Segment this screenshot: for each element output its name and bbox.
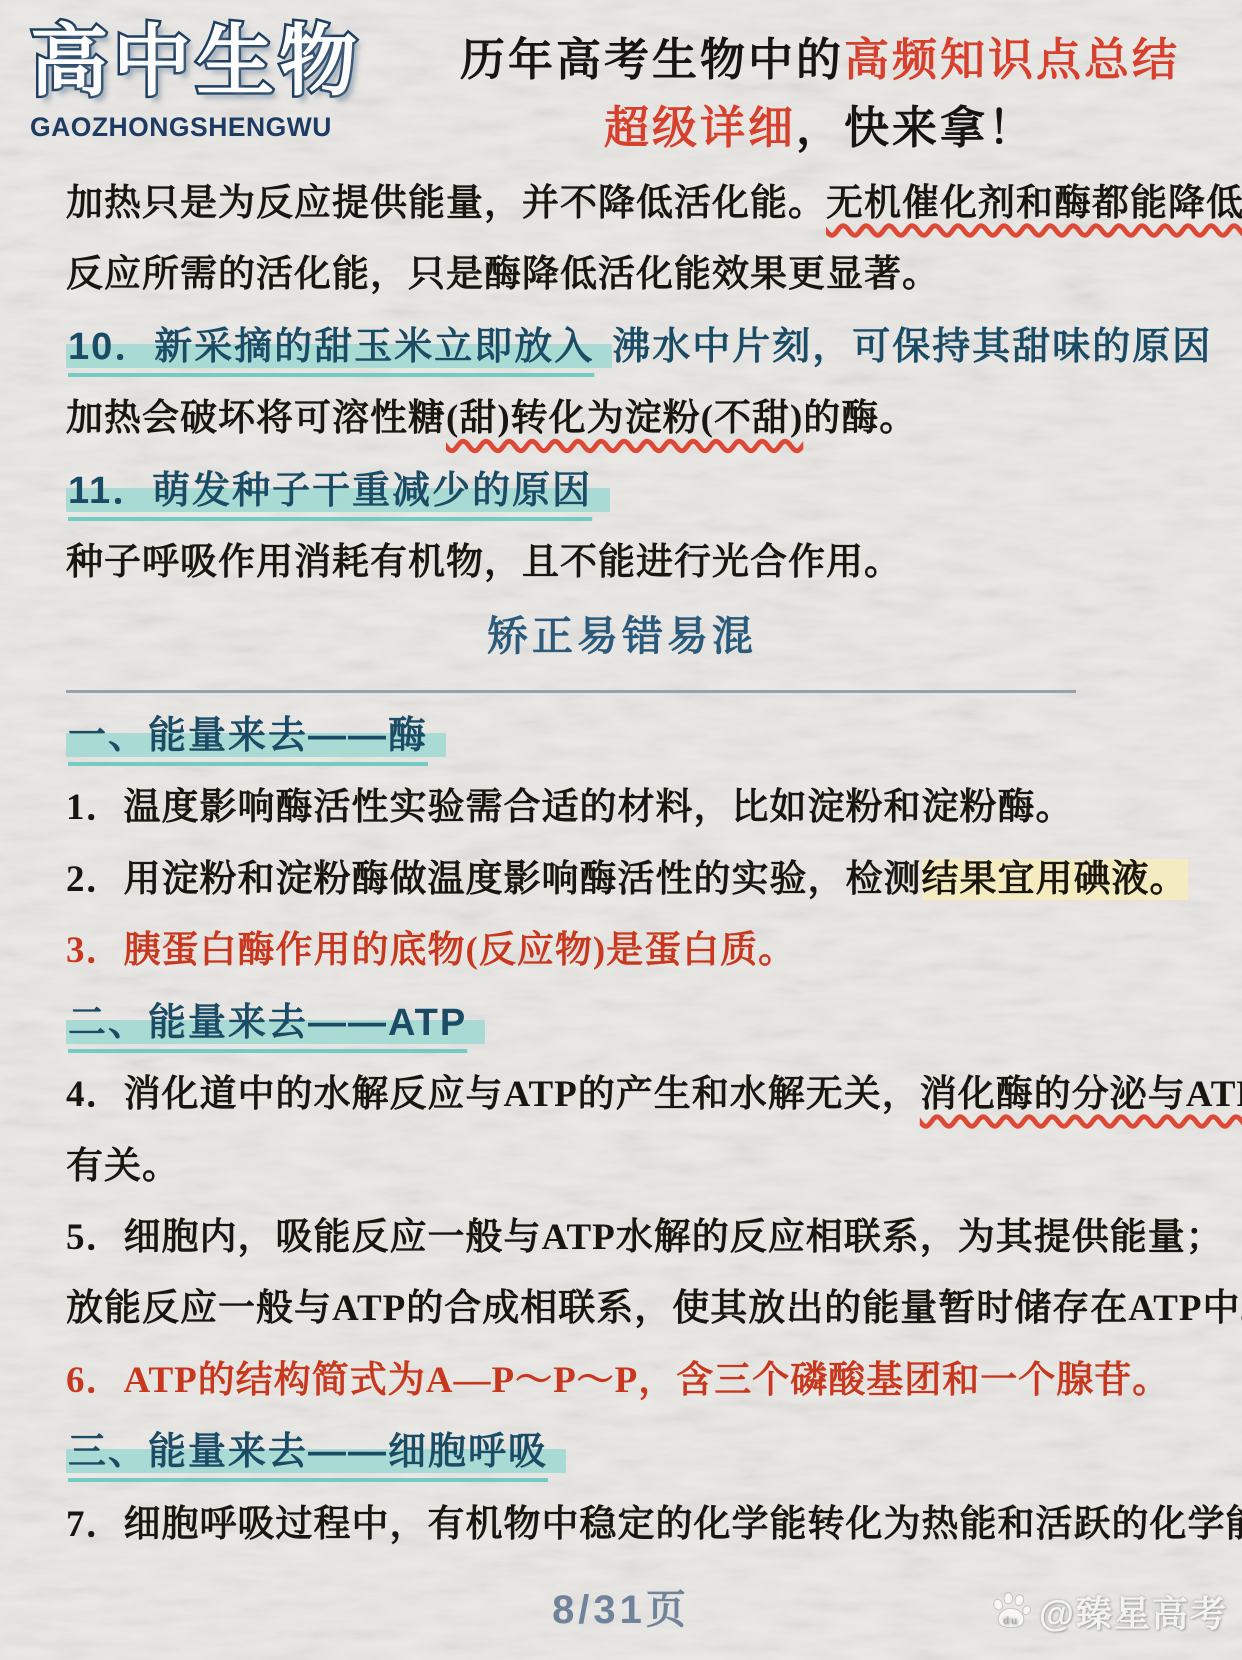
list-item-7: 7．细胞呼吸过程中，有机物中稳定的化学能转化为热能和活跃的化学能。	[66, 1504, 1178, 1545]
note-text: 4．消化道中的水解反应与ATP的产生和水解无关，	[66, 1074, 920, 1115]
red-note-text: 6．ATP的结构简式为A—P～P～P，含三个磷酸基团和一个腺苷。	[66, 1360, 1170, 1401]
note-text: 的酶。	[803, 398, 917, 439]
note-line: 反应所需的活化能，只是酶降低活化能效果更显著。	[66, 254, 1178, 295]
list-item-5-continued: 放能反应一般与ATP的合成相联系，使其放出的能量暂时储存在ATP中。	[66, 1288, 1178, 1329]
logo-subtext: GAOZHONGSHENGWU	[30, 112, 370, 143]
list-item-3: 3．胰蛋白酶作用的底物(反应物)是蛋白质。	[66, 930, 1178, 971]
watermark-text: @臻星高考	[1039, 1586, 1228, 1637]
list-item-5: 5．细胞内，吸能反应一般与ATP水解的反应相联系，为其提供能量；	[66, 1217, 1178, 1258]
list-item-2: 2．用淀粉和淀粉酶做温度影响酶活性的实验，检测结果宜用碘液。	[66, 859, 1178, 900]
logo-text: 高中生物	[30, 22, 370, 104]
title-black-part: 历年高考生物中的	[460, 34, 844, 85]
title-black-part: ，快来拿！	[796, 102, 1036, 153]
teal-highlighted-text: 10．新采摘的甜玉米立即放入	[66, 326, 612, 370]
note-text: 加热只是为反应提供能量，并不降低活化能。	[66, 183, 826, 224]
point-heading-10: 10．新采摘的甜玉米立即放入沸水中片刻，可保持其甜味的原因	[66, 326, 1178, 369]
list-item-4-continued: 有关。	[66, 1146, 1178, 1187]
teal-highlighted-text: 二、能量来去——ATP	[66, 1002, 485, 1046]
svg-text:du: du	[1003, 1615, 1019, 1626]
note-text: 种子呼吸作用消耗有机物，且不能进行光合作用。	[66, 542, 902, 583]
baidu-paw-icon: du	[989, 1590, 1033, 1634]
teal-highlighted-text: 三、能量来去——细胞呼吸	[66, 1431, 566, 1475]
note-text: 1．温度影响酶活性实验需合适的材料，比如淀粉和淀粉酶。	[66, 787, 1074, 828]
section-heading-3-respiration: 三、能量来去——细胞呼吸	[66, 1431, 1178, 1474]
note-line: 加热只是为反应提供能量，并不降低活化能。无机催化剂和酶都能降低	[66, 183, 1178, 224]
watermark: du @臻星高考	[989, 1586, 1228, 1637]
note-text: 放能反应一般与ATP的合成相联系，使其放出的能量暂时储存在ATP中。	[66, 1288, 1242, 1329]
brand-logo: 高中生物 GAOZHONGSHENGWU	[30, 22, 370, 143]
page-title-line2: 超级详细，快来拿！	[420, 94, 1220, 162]
red-underlined-text: 无机催化剂和酶都能降低	[826, 183, 1242, 224]
study-notes-page: 高中生物 GAOZHONGSHENGWU 历年高考生物中的高频知识点总结 超级详…	[0, 0, 1242, 1660]
page-title-line1: 历年高考生物中的高频知识点总结	[420, 26, 1220, 94]
heading-text: 沸水中片刻，可保持其甜味的原因	[612, 326, 1212, 368]
point-heading-11: 11．萌发种子干重减少的原因	[66, 470, 1178, 513]
section-subtitle-correction: 矫正易错易混	[66, 614, 1178, 660]
note-text: 反应所需的活化能，只是酶降低活化能效果更显著。	[66, 254, 940, 295]
red-underlined-text: (甜)转化为淀粉(不甜)	[446, 398, 803, 439]
yellow-highlighted-text: 结果宜用碘液。	[922, 859, 1188, 900]
note-text: 加热会破坏将可溶性糖	[66, 398, 446, 439]
note-text: 2．用淀粉和淀粉酶做温度影响酶活性的实验，检测	[66, 859, 922, 900]
section-heading-2-atp: 二、能量来去——ATP	[66, 1002, 1178, 1045]
note-line: 种子呼吸作用消耗有机物，且不能进行光合作用。	[66, 542, 1178, 583]
note-line: 加热会破坏将可溶性糖(甜)转化为淀粉(不甜)的酶。	[66, 398, 1178, 439]
list-item-6: 6．ATP的结构简式为A—P～P～P，含三个磷酸基团和一个腺苷。	[66, 1360, 1178, 1401]
title-red-part: 超级详细	[604, 102, 796, 153]
divider	[66, 690, 1076, 693]
note-text: 有关。	[66, 1146, 180, 1187]
list-item-4: 4．消化道中的水解反应与ATP的产生和水解无关，消化酶的分泌与ATP	[66, 1074, 1178, 1115]
teal-highlighted-text: 11．萌发种子干重减少的原因	[66, 470, 610, 514]
teal-highlighted-text: 一、能量来去——酶	[66, 715, 446, 759]
note-text: 7．细胞呼吸过程中，有机物中稳定的化学能转化为热能和活跃的化学能。	[66, 1504, 1242, 1545]
list-item-1: 1．温度影响酶活性实验需合适的材料，比如淀粉和淀粉酶。	[66, 787, 1178, 828]
notes-content: 加热只是为反应提供能量，并不降低活化能。无机催化剂和酶都能降低 反应所需的活化能…	[66, 183, 1178, 1575]
page-title: 历年高考生物中的高频知识点总结 超级详细，快来拿！	[420, 26, 1220, 161]
section-heading-1-enzyme: 一、能量来去——酶	[66, 715, 1178, 758]
note-text: 5．细胞内，吸能反应一般与ATP水解的反应相联系，为其提供能量；	[66, 1217, 1224, 1258]
title-red-part: 高频知识点总结	[844, 34, 1180, 85]
red-underlined-text: 消化酶的分泌与ATP	[920, 1074, 1242, 1115]
red-note-text: 3．胰蛋白酶作用的底物(反应物)是蛋白质。	[66, 930, 796, 971]
